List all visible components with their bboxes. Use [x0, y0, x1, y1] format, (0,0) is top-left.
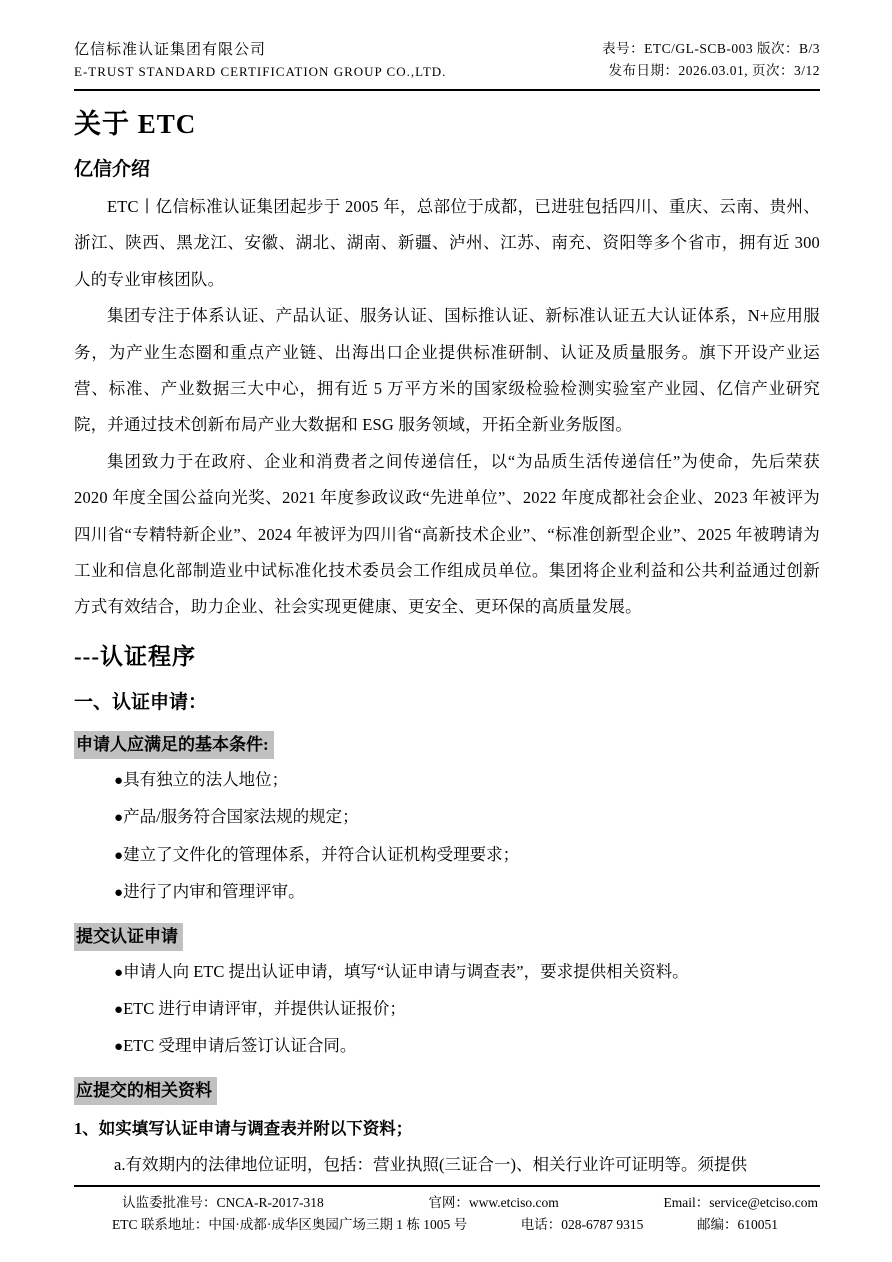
doc-date-page-line: 发布日期：2026.03.01, 页次：3/12	[602, 60, 820, 82]
intro-paragraph-3: 集团致力于在政府、企业和消费者之间传递信任，以“为品质生活传递信任”为使命，先后…	[74, 444, 820, 626]
bullet-icon: ●	[114, 1039, 123, 1055]
bullet-icon: ●	[114, 810, 123, 826]
intro-paragraph-1: ETC丨亿信标准认证集团起步于 2005 年，总部位于成都，已进驻包括四川、重庆…	[74, 189, 820, 298]
company-block: 亿信标准认证集团有限公司 E-TRUST STANDARD CERTIFICAT…	[74, 39, 446, 82]
footer-address: ETC 联系地址：中国·成都·成华区奥园广场三期 1 栋 1005 号	[112, 1214, 467, 1236]
list-item-text: ETC 进行申请评审，并提供认证报价；	[123, 999, 406, 1018]
application-subheading: 一、认证申请：	[74, 686, 820, 720]
list-item-text: 申请人向 ETC 提出认证申请，填写“认证申请与调查表”，要求提供相关资料。	[123, 962, 689, 981]
footer-website: 官网：www.etciso.com	[428, 1192, 558, 1214]
sub-item-a: a.有效期内的法律地位证明，包括：营业执照(三证合一)、相关行业许可证明等。须提…	[114, 1147, 820, 1183]
list-item: ●ETC 进行申请评审，并提供认证报价；	[114, 991, 820, 1028]
intro-paragraph-2: 集团专注于体系认证、产品认证、服务认证、国标推认证、新标准认证五大认证体系，N+…	[74, 298, 820, 444]
page-title: 关于 ETC	[74, 106, 820, 142]
list-item-text: ETC 受理申请后签订认证合同。	[123, 1036, 356, 1055]
submit-application-list: ●申请人向 ETC 提出认证申请，填写“认证申请与调查表”，要求提供相关资料。 …	[114, 954, 820, 1066]
company-name-cn: 亿信标准认证集团有限公司	[74, 39, 446, 61]
list-item-text: 建立了文件化的管理体系，并符合认证机构受理要求；	[123, 845, 519, 864]
list-item-text: 具有独立的法人地位；	[123, 770, 288, 789]
submit-application-heading: 提交认证申请	[74, 923, 183, 951]
numbered-item-1: 1、如实填写认证申请与调查表并附以下资料；	[74, 1111, 820, 1147]
footer-line-2: ETC 联系地址：中国·成都·成华区奥园广场三期 1 栋 1005 号 电话：0…	[74, 1214, 820, 1236]
required-materials-heading: 应提交的相关资料	[74, 1077, 217, 1105]
bullet-icon: ●	[114, 965, 123, 981]
list-item: ●进行了内审和管理评审。	[114, 874, 820, 911]
list-item: ●申请人向 ETC 提出认证申请，填写“认证申请与调查表”，要求提供相关资料。	[114, 954, 820, 991]
basic-conditions-list: ●具有独立的法人地位； ●产品/服务符合国家法规的规定； ●建立了文件化的管理体…	[114, 762, 820, 912]
doc-meta-block: 表号：ETC/GL-SCB-003 版次：B/3 发布日期：2026.03.01…	[602, 38, 820, 82]
bullet-icon: ●	[114, 1002, 123, 1018]
footer-line-1: 认监委批准号：CNCA-R-2017-318 官网：www.etciso.com…	[74, 1192, 820, 1214]
company-name-en: E-TRUST STANDARD CERTIFICATION GROUP CO.…	[74, 61, 446, 82]
basic-conditions-heading: 申请人应满足的基本条件:	[74, 731, 274, 759]
document-header: 亿信标准认证集团有限公司 E-TRUST STANDARD CERTIFICAT…	[74, 38, 820, 91]
intro-heading: 亿信介绍	[74, 155, 820, 185]
list-item: ●具有独立的法人地位；	[114, 762, 820, 799]
doc-number-line: 表号：ETC/GL-SCB-003 版次：B/3	[602, 38, 820, 60]
bullet-icon: ●	[114, 773, 123, 789]
footer-approval-number: 认监委批准号：CNCA-R-2017-318	[122, 1192, 324, 1214]
list-item: ●ETC 受理申请后签订认证合同。	[114, 1028, 820, 1065]
footer-phone: 电话：028-6787 9315	[521, 1214, 644, 1236]
bullet-icon: ●	[114, 848, 123, 864]
procedure-heading: ---认证程序	[74, 636, 820, 678]
document-page: 亿信标准认证集团有限公司 E-TRUST STANDARD CERTIFICAT…	[0, 0, 892, 1262]
document-footer: 认监委批准号：CNCA-R-2017-318 官网：www.etciso.com…	[74, 1185, 820, 1236]
list-item-text: 产品/服务符合国家法规的规定；	[123, 807, 359, 826]
list-item: ●建立了文件化的管理体系，并符合认证机构受理要求；	[114, 837, 820, 874]
footer-postcode: 邮编：610051	[697, 1214, 778, 1236]
bullet-icon: ●	[114, 885, 123, 901]
list-item: ●产品/服务符合国家法规的规定；	[114, 799, 820, 836]
list-item-text: 进行了内审和管理评审。	[123, 882, 305, 901]
footer-email: Email：service@etciso.com	[663, 1192, 818, 1214]
